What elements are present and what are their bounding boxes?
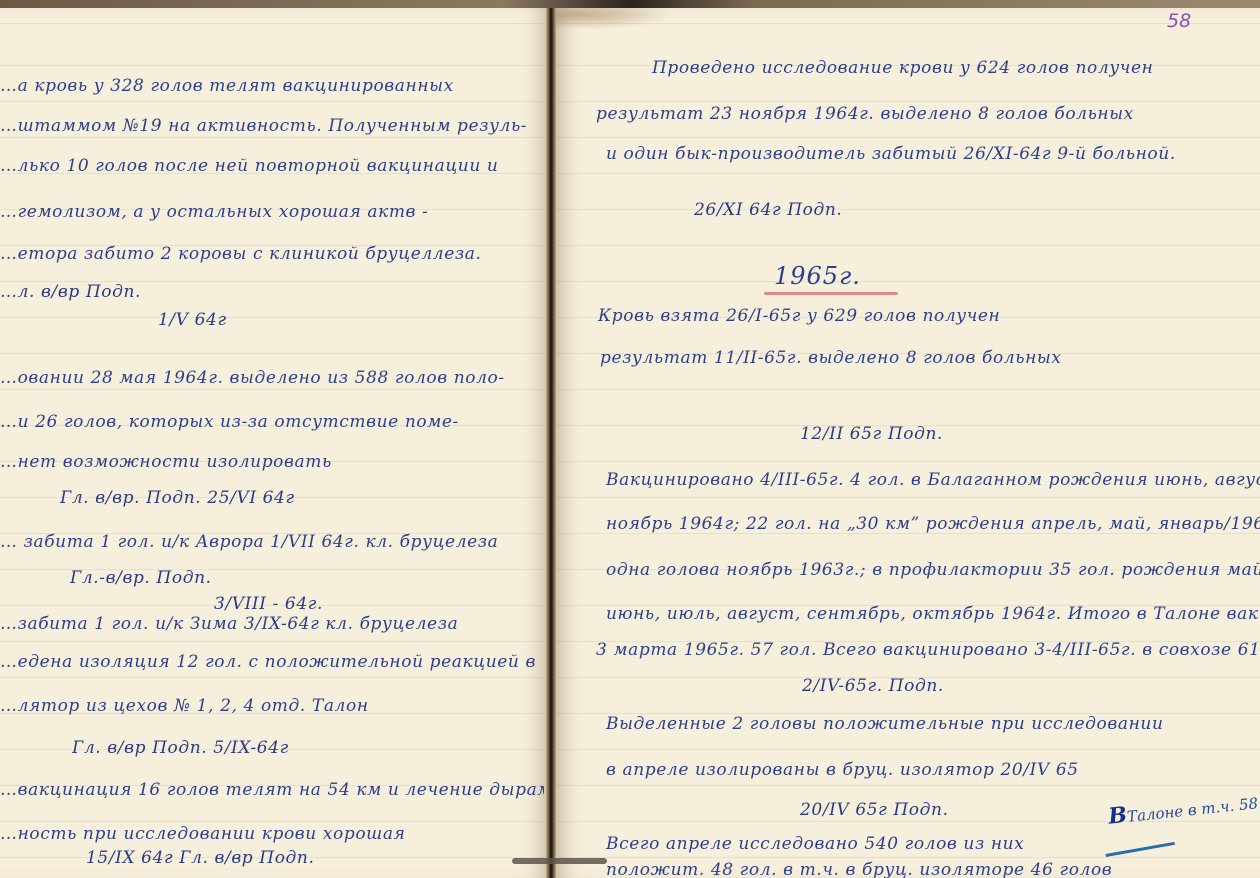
signature-line: Гл. в/вр. Подп. 25/VI 64г bbox=[60, 488, 295, 508]
right-line: одна голова ноябрь 1963г.; в профилактор… bbox=[606, 560, 1260, 580]
left-line: …вакцинация 16 голов телят на 54 км и ле… bbox=[0, 780, 544, 800]
right-line: результат 11/II-65г. выделено 8 голов бо… bbox=[600, 348, 1062, 368]
left-line: …етора забито 2 коровы с клиникой бруцел… bbox=[0, 244, 482, 264]
signature-line: 1/V 64г bbox=[158, 310, 227, 330]
notebook-spread: 58 1965г. ВТалоне в т.ч. 58 …а кровь у 3… bbox=[0, 0, 1260, 878]
left-line: …едена изоляция 12 гол. с положительной … bbox=[0, 652, 536, 672]
left-line: …а кровь у 328 голов телят вакцинированн… bbox=[0, 76, 454, 96]
page-number: 58 bbox=[1167, 10, 1191, 32]
right-line: Вакцинировано 4/III-65г. 4 гол. в Балага… bbox=[606, 470, 1260, 490]
signature-line: 26/XI 64г Подп. bbox=[694, 200, 842, 220]
margin-note-prefix: В bbox=[1107, 802, 1128, 830]
left-line: … забита 1 гол. и/к Аврора 1/VII 64г. кл… bbox=[0, 532, 498, 552]
right-line: Проведено исследование крови у 624 голов… bbox=[652, 58, 1153, 78]
right-line: в апреле изолированы в бруц. изолятор 20… bbox=[606, 760, 1079, 780]
left-line: …нет возможности изолировать bbox=[0, 452, 332, 472]
signature-line: 12/II 65г Подп. bbox=[800, 424, 943, 444]
signature-line: 3/VIII - 64г. bbox=[214, 594, 323, 614]
signature-line: 2/IV-65г. Подп. bbox=[802, 676, 944, 696]
right-line: и один бык-производитель забитый 26/XI-6… bbox=[606, 144, 1176, 164]
signature-line: Гл.-в/вр. Подп. bbox=[70, 568, 212, 588]
right-line: положит. 48 гол. в т.ч. в бруц. изолятор… bbox=[606, 860, 1112, 878]
signature-line: 20/IV 65г Подп. bbox=[800, 800, 949, 820]
right-line: Кровь взята 26/I-65г у 629 голов получен bbox=[598, 306, 1000, 326]
right-line: июнь, июль, август, сентябрь, октябрь 19… bbox=[606, 604, 1260, 624]
right-line: ноябрь 1964г; 22 гол. на „30 км” рождени… bbox=[606, 514, 1260, 534]
left-line: …лько 10 голов после ней повторной вакци… bbox=[0, 156, 498, 176]
year-heading: 1965г. bbox=[774, 262, 861, 290]
paper-stain bbox=[556, 8, 676, 30]
binding-thread bbox=[512, 858, 607, 864]
notebook-spine bbox=[546, 8, 556, 878]
left-line: …ность при исследовании крови хорошая bbox=[0, 824, 405, 844]
year-underline bbox=[764, 292, 898, 295]
left-line: …штаммом №19 на активность. Полученным р… bbox=[0, 116, 527, 136]
right-line: 3 марта 1965г. 57 гол. Всего вакцинирова… bbox=[596, 640, 1260, 660]
left-line: …лятор из цехов № 1, 2, 4 отд. Талон bbox=[0, 696, 369, 716]
left-line: …гемолизом, а у остальных хорошая актв - bbox=[0, 202, 428, 222]
left-line: …овании 28 мая 1964г. выделено из 588 го… bbox=[0, 368, 505, 388]
right-line: Всего апреле исследовано 540 голов из ни… bbox=[606, 834, 1024, 854]
left-line: …забита 1 гол. и/к Зима 3/IX-64г кл. бру… bbox=[0, 614, 458, 634]
signature-line: Гл. в/вр Подп. 5/IX-64г bbox=[72, 738, 289, 758]
signature-line: …л. в/вр Подп. bbox=[0, 282, 141, 302]
signature-line: 15/IX 64г Гл. в/вр Подп. bbox=[86, 848, 315, 868]
left-line: …и 26 голов, которых из-за отсутствие по… bbox=[0, 412, 459, 432]
right-line: результат 23 ноября 1964г. выделено 8 го… bbox=[596, 104, 1134, 124]
right-line: Выделенные 2 головы положительные при ис… bbox=[606, 714, 1164, 734]
